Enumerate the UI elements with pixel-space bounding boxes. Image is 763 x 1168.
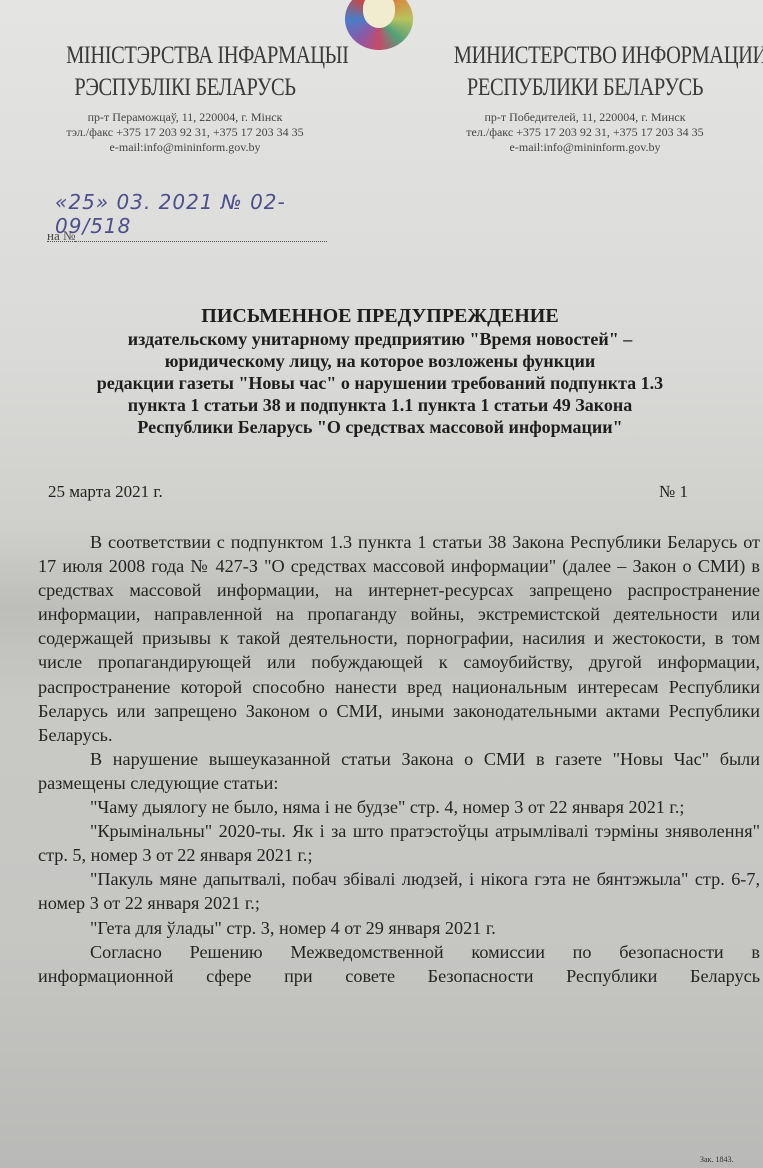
letter-page: МІНІСТЭРСТВА ІНФАРМАЦЫІ РЭСПУБЛІКІ БЕЛАР… [0, 0, 763, 1168]
address: пр-т Пераможцаў, 11, 220004, г. Мінск [40, 110, 330, 125]
belarus-coat-of-arms-icon [345, 0, 413, 50]
print-order-number: Зак. 1843. [700, 1155, 733, 1164]
body-paragraph: Согласно Решению Межведомственной комисс… [38, 940, 760, 988]
article-list-item: "Гета для ўлады" стр. 3, номер 4 от 29 я… [38, 916, 760, 940]
article-list-item: "Чаму дыялогу не было, няма і не будзе" … [38, 795, 760, 819]
body-paragraph: В соответствии с подпунктом 1.3 пункта 1… [38, 530, 760, 747]
address: пр-т Победителей, 11, 220004, г. Минск [425, 110, 745, 125]
phone: тэл./факс +375 17 203 92 31, +375 17 203… [40, 125, 330, 140]
email: e-mail:info@mininform.gov.by [425, 140, 745, 155]
dotted-rule [75, 241, 327, 242]
ministry-name-line1: МИНИСТЕРСТВО ИНФОРМАЦИИ [454, 40, 716, 72]
title-line: редакции газеты "Новы час" о нарушении т… [30, 372, 730, 394]
document-number: № 1 [659, 482, 688, 502]
letterhead-russian: МИНИСТЕРСТВО ИНФОРМАЦИИ РЕСПУБЛИКИ БЕЛАР… [425, 40, 745, 155]
article-list-item: "Пакуль мяне дапытвалі, побач збівалі лю… [38, 867, 760, 915]
email: e-mail:info@mininform.gov.by [40, 140, 330, 155]
title-line: пункта 1 статьи 38 и подпункта 1.1 пункт… [30, 394, 730, 416]
reply-to-line: на № [47, 228, 327, 244]
letter-body: В соответствии с подпунктом 1.3 пункта 1… [38, 530, 760, 988]
title-line: юридическому лицу, на которое возложены … [30, 350, 730, 372]
title-line: Республики Беларусь "О средствах массово… [30, 416, 730, 438]
title-main: ПИСЬМЕННОЕ ПРЕДУПРЕЖДЕНИЕ [30, 304, 730, 328]
ministry-name-line1: МІНІСТЭРСТВА ІНФАРМАЦЫІ [66, 40, 304, 72]
dateline: 25 марта 2021 г. № 1 [48, 482, 688, 502]
reply-to-label: на № [47, 228, 75, 243]
ministry-name-line2: РЕСПУБЛИКИ БЕЛАРУСЬ [454, 72, 716, 104]
letterhead-belarusian: МІНІСТЭРСТВА ІНФАРМАЦЫІ РЭСПУБЛІКІ БЕЛАР… [40, 40, 330, 155]
ministry-name-line2: РЭСПУБЛІКІ БЕЛАРУСЬ [66, 72, 304, 104]
body-paragraph: В нарушение вышеуказанной статьи Закона … [38, 747, 760, 795]
title-line: издательскому унитарному предприятию "Вр… [30, 328, 730, 350]
phone: тел./факс +375 17 203 92 31, +375 17 203… [425, 125, 745, 140]
document-date: 25 марта 2021 г. [48, 482, 163, 501]
document-title: ПИСЬМЕННОЕ ПРЕДУПРЕЖДЕНИЕ издательскому … [30, 304, 730, 438]
article-list-item: "Крымінальны" 2020-ты. Як і за што пратэ… [38, 819, 760, 867]
